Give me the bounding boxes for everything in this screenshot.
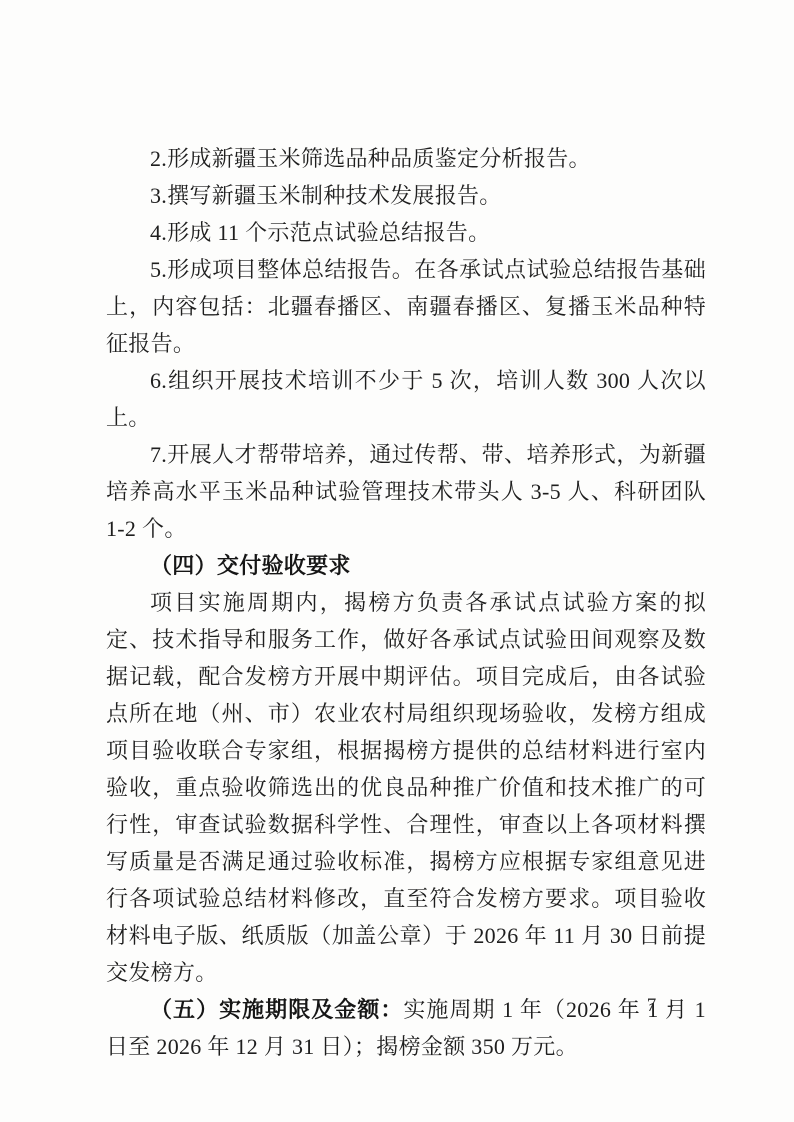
- section-5-heading: （五）实施期限及金额：: [150, 997, 403, 1022]
- numbered-item-2: 2.形成新疆玉米筛选品种品质鉴定分析报告。: [106, 140, 706, 177]
- numbered-item-3: 3.撰写新疆玉米制种技术发展报告。: [106, 177, 706, 214]
- numbered-item-4: 4.形成 11 个示范点试验总结报告。: [106, 214, 706, 251]
- section-4-heading: （四）交付验收要求: [106, 547, 706, 584]
- page-number: - 7 -: [603, 995, 703, 1017]
- section-4-body: 项目实施周期内，揭榜方负责各承试点试验方案的拟定、技术指导和服务工作，做好各承试…: [106, 584, 706, 991]
- document-body: 2.形成新疆玉米筛选品种品质鉴定分析报告。 3.撰写新疆玉米制种技术发展报告。 …: [106, 140, 706, 1065]
- numbered-item-7: 7.开展人才帮带培养，通过传帮、带、培养形式，为新疆培养高水平玉米品种试验管理技…: [106, 436, 706, 547]
- numbered-item-5: 5.形成项目整体总结报告。在各承试点试验总结报告基础上，内容包括：北疆春播区、南…: [106, 251, 706, 362]
- document-page: 2.形成新疆玉米筛选品种品质鉴定分析报告。 3.撰写新疆玉米制种技术发展报告。 …: [0, 0, 794, 1122]
- numbered-item-6: 6.组织开展技术培训不少于 5 次，培训人数 300 人次以上。: [106, 362, 706, 436]
